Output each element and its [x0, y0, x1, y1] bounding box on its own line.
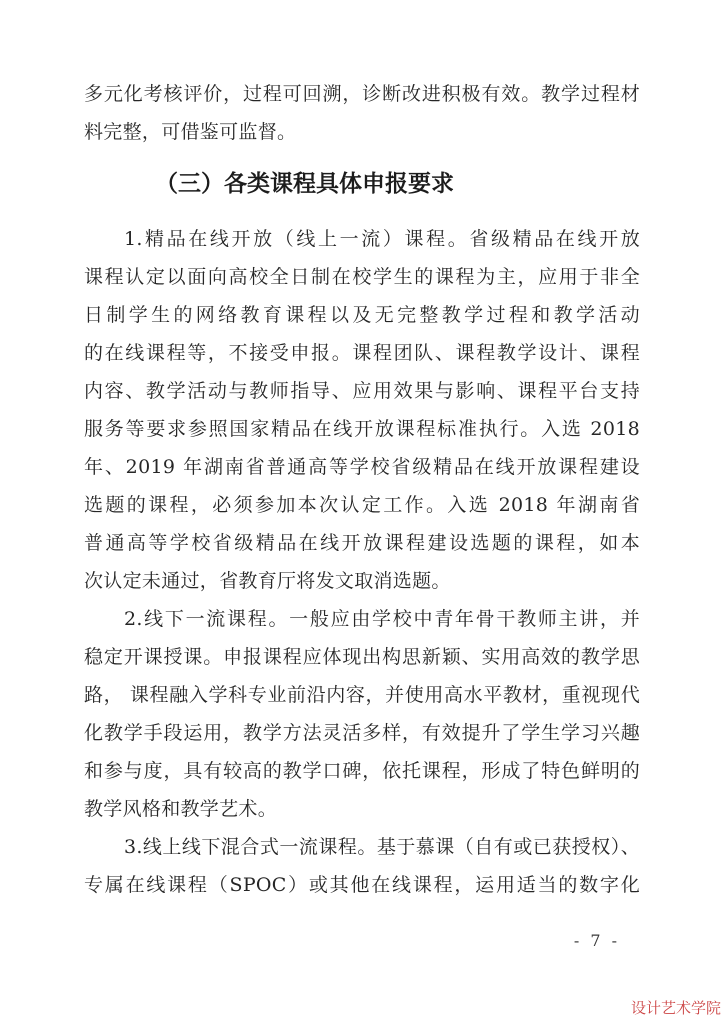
text-line: 料完整，可借鉴可监督。 [84, 113, 640, 151]
watermark: 设计艺术学院 [631, 997, 721, 1018]
text-line: 多元化考核评价，过程可回溯，诊断改进积极有效。教学过程材 [84, 75, 640, 113]
text-line: 服务等要求参照国家精品在线开放课程标准执行。入选 2018 [84, 410, 640, 448]
text-line: 课程认定以面向高校全日制在校学生的课程为主，应用于非全 [84, 258, 640, 296]
text-line: 稳定开课授课。申报课程应体现出构思新颖、实用高效的教学思 [84, 638, 640, 676]
document-body: 多元化考核评价，过程可回溯，诊断改进积极有效。教学过程材 料完整，可借鉴可监督。… [84, 75, 640, 904]
text-line: 选题的课程，必须参加本次认定工作。入选 2018 年湖南省 [84, 486, 640, 524]
text-line: 专属在线课程（SPOC）或其他在线课程，运用适当的数字化 [84, 866, 640, 904]
text-line: 1.精品在线开放（线上一流）课程。省级精品在线开放 [84, 220, 640, 258]
page-number: - 7 - [574, 931, 620, 950]
text-line: 年、2019 年湖南省普通高等学校省级精品在线开放课程建设 [84, 448, 640, 486]
section-heading: （三）各类课程具体申报要求 [84, 168, 640, 198]
text-line: 3.线上线下混合式一流课程。基于慕课（自有或已获授权）、 [84, 828, 640, 866]
text-line: 路， 课程融入学科专业前沿内容，并使用高水平教材，重视现代 [84, 676, 640, 714]
text-line: 的在线课程等，不接受申报。课程团队、课程教学设计、课程 [84, 334, 640, 372]
text-line: 内容、教学活动与教师指导、应用效果与影响、课程平台支持 [84, 372, 640, 410]
text-line: 次认定未通过，省教育厅将发文取消选题。 [84, 562, 640, 600]
text-line: 和参与度，具有较高的教学口碑，依托课程，形成了特色鲜明的 [84, 752, 640, 790]
text-line: 普通高等学校省级精品在线开放课程建设选题的课程，如本 [84, 524, 640, 562]
text-line: 教学风格和教学艺术。 [84, 790, 640, 828]
text-line: 日制学生的网络教育课程以及无完整教学过程和教学活动 [84, 296, 640, 334]
text-line: 化教学手段运用，教学方法灵活多样，有效提升了学生学习兴趣 [84, 714, 640, 752]
text-line: 2.线下一流课程。一般应由学校中青年骨干教师主讲，并 [84, 600, 640, 638]
